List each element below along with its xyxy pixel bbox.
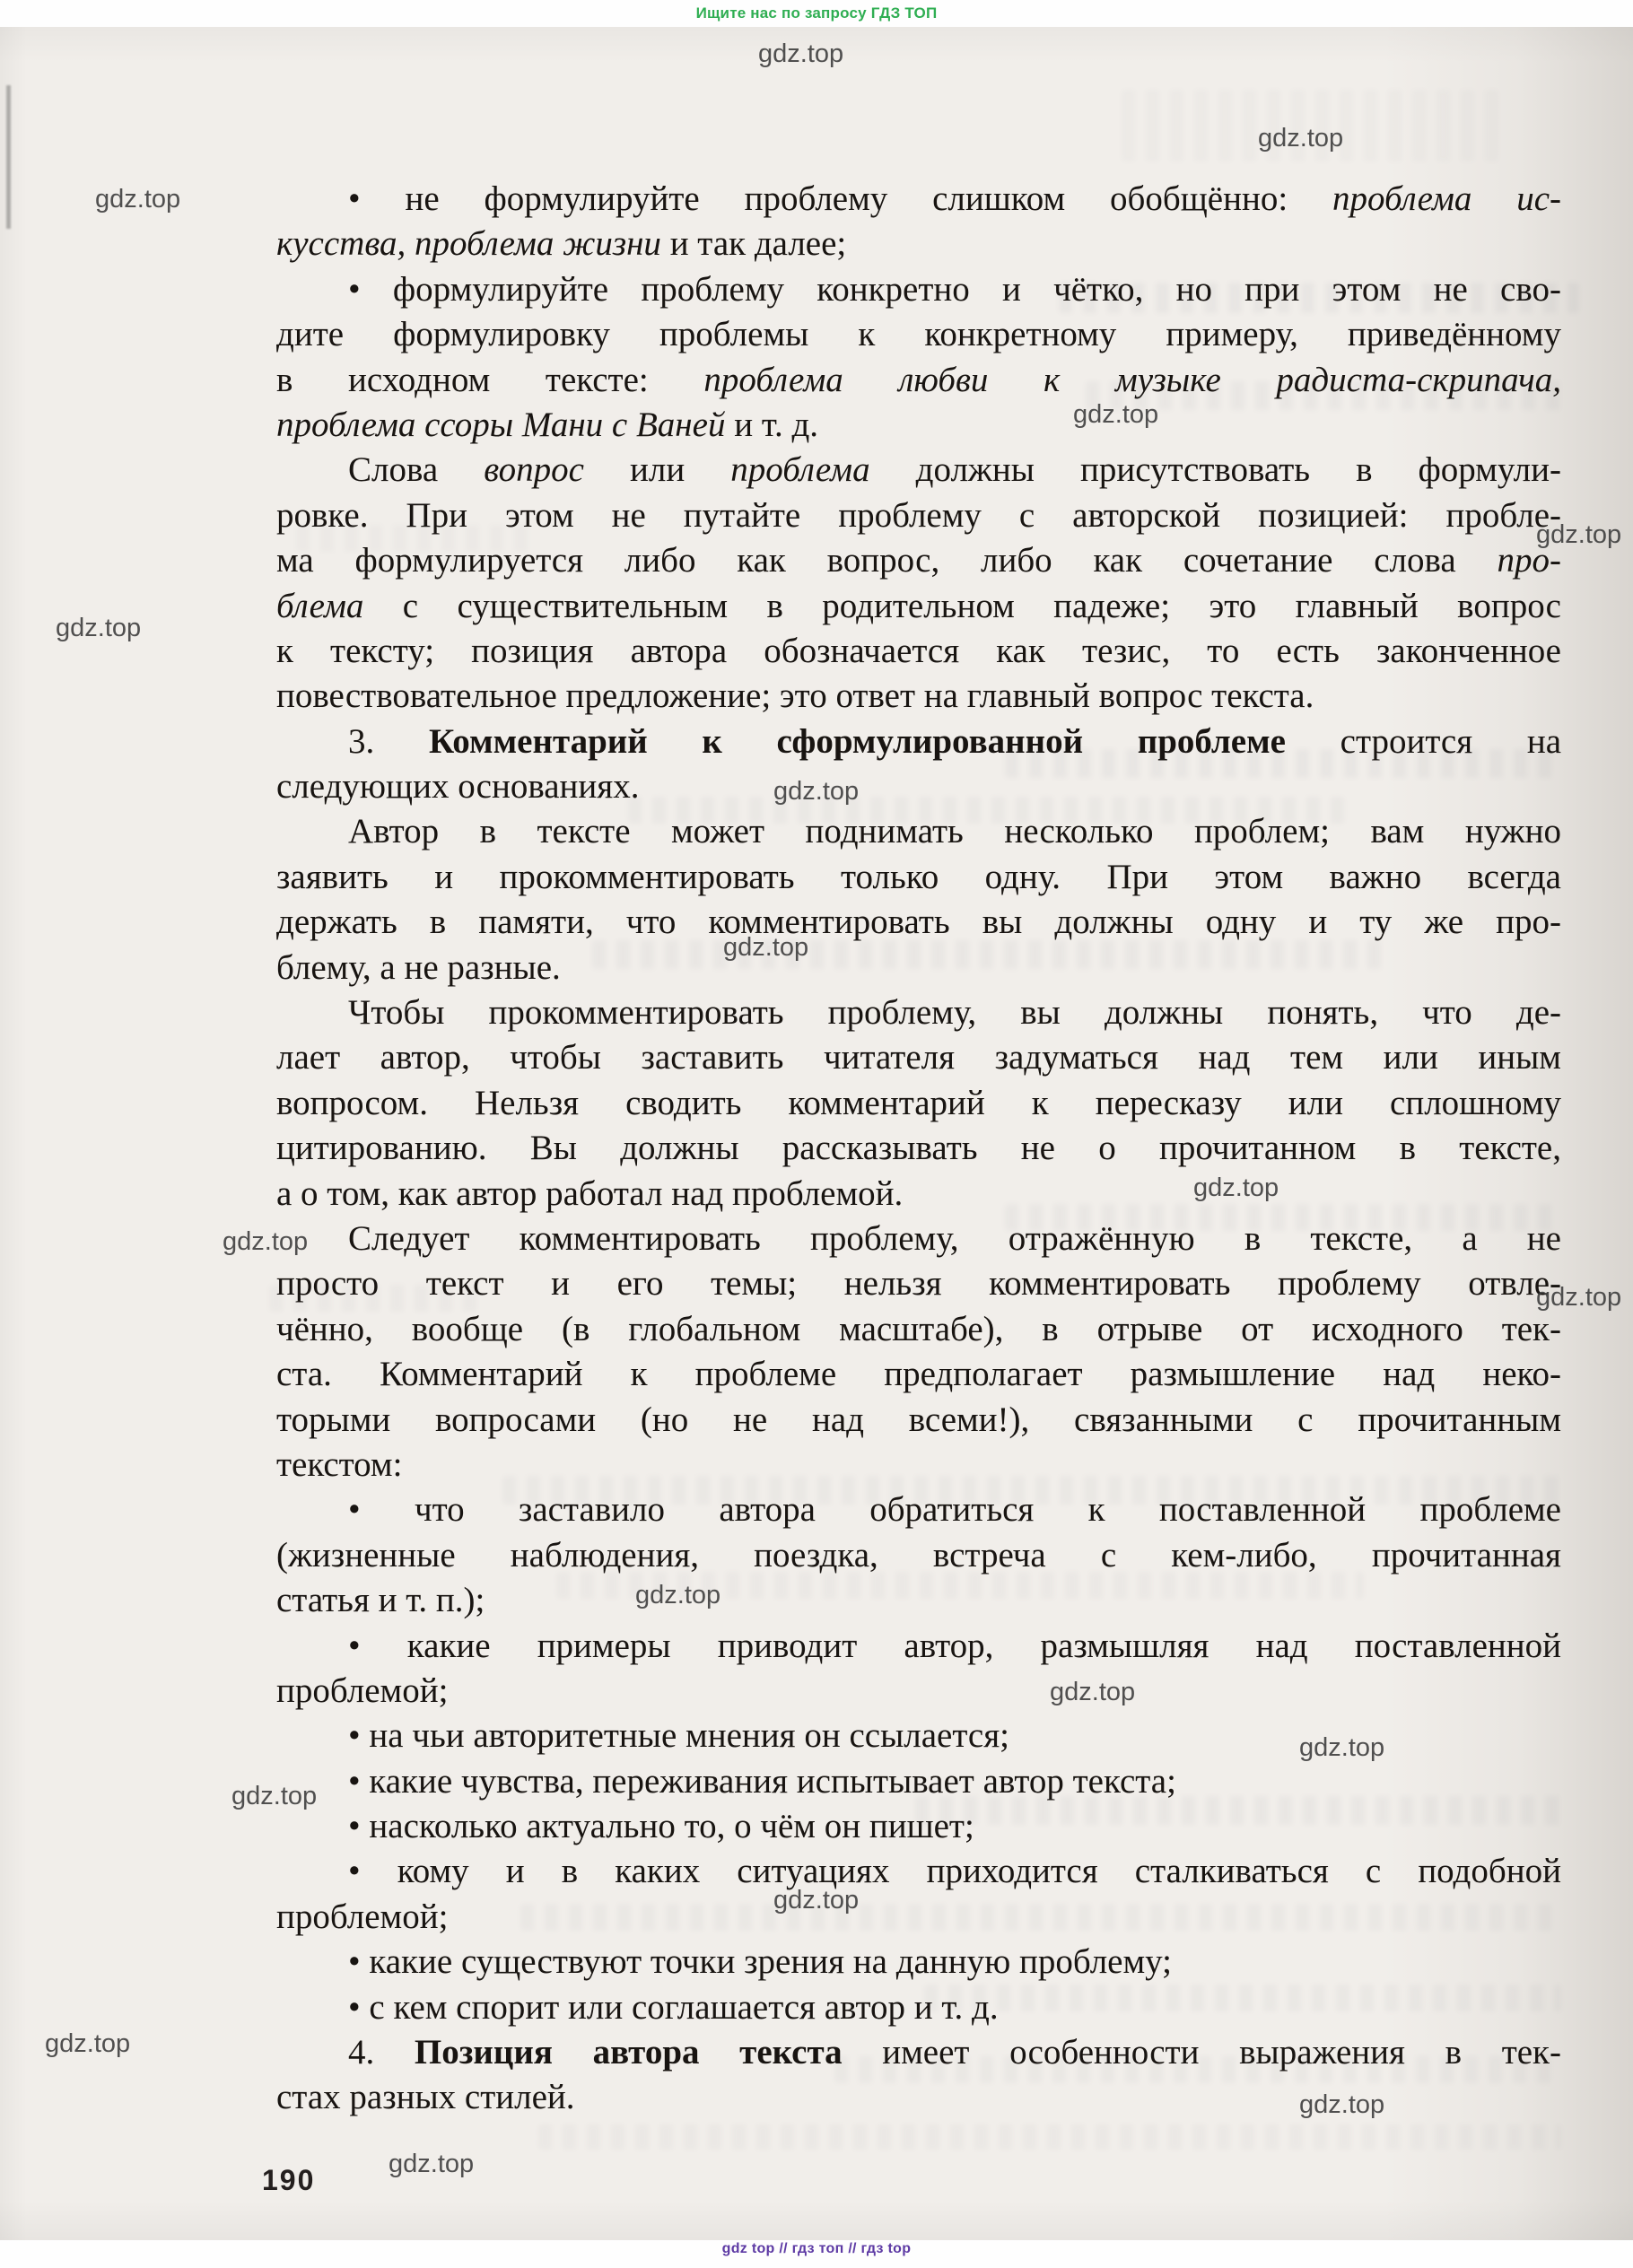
text-run: с существительным в родительном падеже; … [363,587,1561,625]
text-line: лает автор, чтобы заставить читателя зад… [276,1035,1561,1080]
text-line: статья и т. п.); [276,1578,1561,1623]
text-line: текстом: [276,1443,1561,1487]
gdz-watermark: gdz.top [223,1227,308,1257]
text-run: текстом: [276,1445,402,1484]
text-run: и так далее; [661,224,846,263]
scan-ghosting [538,2124,1561,2150]
text-run: • какие примеры приводит автор, размышля… [348,1627,1561,1665]
text-line: Чтобы прокомментировать проблему, вы дол… [276,990,1561,1035]
gdz-watermark: gdz.top [758,39,843,69]
text-line: Следует комментировать проблему, отражён… [276,1217,1561,1261]
text-line: к тексту; позиция автора обозначается ка… [276,629,1561,674]
text-line: а о том, как автор работал над проблемой… [276,1172,1561,1217]
text-run: повествовательное предложение; это ответ… [276,676,1314,715]
gdz-watermark: gdz.top [1536,520,1621,550]
text-line: повествовательное предложение; это ответ… [276,674,1561,719]
promo-banner-bottom: gdz top // гдз топ // гдз top [0,2241,1633,2257]
text-run: имеет особенности выражения в тек- [843,2033,1561,2072]
text-run: проблемой; [276,1897,448,1936]
gdz-watermark: gdz.top [635,1581,720,1610]
text-run: Чтобы прокомментировать проблему, вы дол… [348,993,1561,1032]
text-run: ста. Комментарий к проблеме предполагает… [276,1355,1561,1393]
text-line: блема с существительным в родительном па… [276,584,1561,629]
text-run: а о том, как автор работал над проблемой… [276,1174,903,1213]
text-run: дите формулировку проблемы к конкретному… [276,315,1561,353]
text-line: ста. Комментарий к проблеме предполагает… [276,1352,1561,1397]
text-line: дите формулировку проблемы к конкретному… [276,312,1561,357]
text-line: ровке. При этом не путайте проблему с ав… [276,493,1561,538]
gdz-watermark: gdz.top [1050,1678,1135,1707]
text-run: проблема ссоры Мани с Ваней [276,406,725,444]
gdz-watermark: gdz.top [231,1782,317,1811]
text-line: • какие существуют точки зрения на данну… [276,1940,1561,1984]
text-line: чённо, вообще (в глобальном масштабе), в… [276,1307,1561,1352]
text-line: • кому и в каких ситуациях приходится ст… [276,1849,1561,1894]
text-line: Автор в тексте может поднимать несколько… [276,809,1561,854]
text-run: • не формулируйте проблему слишком обобщ… [348,179,1332,218]
text-line: • какие примеры приводит автор, размышля… [276,1624,1561,1669]
promo-banner-top: Ищите нас по запросу ГДЗ ТОП [0,4,1633,22]
text-run: строится на [1286,722,1561,761]
text-line: в исходном тексте: проблема любви к музы… [276,358,1561,403]
text-run: к тексту; позиция автора обозначается ка… [276,632,1561,670]
text-run: стах разных стилей. [276,2078,575,2116]
text-run: ровке. При этом не путайте проблему с ав… [276,496,1561,535]
gdz-watermark: gdz.top [1193,1173,1279,1203]
text-run: блема [276,587,363,625]
text-line: вопросом. Нельзя сводить комментарий к п… [276,1081,1561,1126]
gdz-watermark: gdz.top [1299,2090,1384,2120]
text-run: кусства, проблема жизни [276,224,661,263]
text-line: 3. Комментарий к сформулированной пробле… [276,720,1561,764]
text-run: ма формулируется либо как вопрос, либо к… [276,541,1498,580]
text-run: просто текст и его темы; нельзя комменти… [276,1264,1561,1303]
text-line: заявить и прокомментировать только одну.… [276,855,1561,900]
gdz-watermark: gdz.top [389,2150,474,2179]
text-run: (жизненные наблюдения, поездка, встреча … [276,1536,1561,1575]
text-run: проблема [730,450,869,489]
text-run: статья и т. п.); [276,1581,485,1619]
text-line: следующих основаниях. [276,764,1561,809]
text-line: кусства, проблема жизни и так далее; [276,222,1561,266]
text-run: 3. [348,722,429,761]
text-line: • какие чувства, переживания испытывает … [276,1759,1561,1804]
text-line: 4. Позиция автора текста имеет особеннос… [276,2030,1561,2075]
text-run: лает автор, чтобы заставить читателя зад… [276,1038,1561,1077]
gdz-watermark: gdz.top [773,1886,859,1915]
text-line: просто текст и его темы; нельзя комменти… [276,1261,1561,1306]
text-run: • с кем спорит или соглашается автор и т… [348,1988,999,2027]
text-line: держать в памяти, что комментировать вы … [276,900,1561,945]
text-run: Автор в тексте может поднимать несколько… [348,812,1561,850]
text-run: • формулируйте проблему конкретно и чётк… [348,270,1561,309]
text-run: • что заставило автора обратиться к пост… [348,1490,1561,1529]
text-line: • не формулируйте проблему слишком обобщ… [276,177,1561,222]
gdz-watermark: gdz.top [95,185,180,214]
text-run: Слова [348,450,484,489]
scan-edge-artifact [6,85,11,229]
text-run: проблема ис- [1332,179,1561,218]
gdz-watermark: gdz.top [1073,400,1158,430]
text-run: проблема любви к музыке радиста-скрипача… [703,361,1561,399]
gdz-watermark: gdz.top [723,933,808,963]
text-run: • какие существуют точки зрения на данну… [348,1942,1172,1981]
text-run: Позиция автора текста [415,2033,843,2072]
text-run: проблемой; [276,1671,448,1710]
text-run: 4. [348,2033,415,2072]
text-run: или [584,450,730,489]
text-line: проблемой; [276,1669,1561,1714]
text-line: • с кем спорит или соглашается автор и т… [276,1985,1561,2030]
text-run: заявить и прокомментировать только одну.… [276,858,1561,896]
gdz-watermark: gdz.top [773,777,859,807]
text-line: цитированию. Вы должны рассказывать не о… [276,1126,1561,1171]
text-line: • формулируйте проблему конкретно и чётк… [276,267,1561,312]
text-run: Комментарий к сформулированной проблеме [429,722,1286,761]
scanned-book-page-screenshot: { "page": { "promo_top": "Ищите нас по з… [0,0,1633,2268]
text-line: проблема ссоры Мани с Ваней и т. д. [276,403,1561,448]
text-run: Следует комментировать проблему, отражён… [348,1219,1561,1258]
body-text: • не формулируйте проблему слишком обобщ… [276,177,1561,2121]
text-run: блему, а не разные. [276,948,561,987]
gdz-watermark: gdz.top [45,2029,130,2059]
text-line: (жизненные наблюдения, поездка, встреча … [276,1533,1561,1578]
text-run: следующих основаниях. [276,767,640,806]
text-line: • что заставило автора обратиться к пост… [276,1487,1561,1532]
text-run: • какие чувства, переживания испытывает … [348,1762,1176,1801]
text-run: вопросом. Нельзя сводить комментарий к п… [276,1084,1561,1122]
page-number: 190 [262,2164,315,2197]
gdz-watermark: gdz.top [1258,124,1343,153]
text-line: блему, а не разные. [276,946,1561,990]
text-line: Слова вопрос или проблема должны присутс… [276,448,1561,493]
text-run: цитированию. Вы должны рассказывать не о… [276,1129,1561,1167]
gdz-watermark: gdz.top [1536,1283,1621,1313]
gdz-watermark: gdz.top [56,614,141,643]
text-run: и т. д. [725,406,818,444]
text-run: торыми вопросами (но не над всеми!), свя… [276,1400,1561,1439]
text-run: вопрос [484,450,584,489]
text-run: держать в памяти, что комментировать вы … [276,903,1561,941]
text-line: ма формулируется либо как вопрос, либо к… [276,538,1561,583]
text-line: торыми вопросами (но не над всеми!), свя… [276,1398,1561,1443]
text-line: • насколько актуально то, о чём он пишет… [276,1804,1561,1849]
gdz-watermark: gdz.top [1299,1733,1384,1763]
text-line: проблемой; [276,1895,1561,1940]
text-run: чённо, вообще (в глобальном масштабе), в… [276,1310,1561,1348]
text-run: • на чьи авторитетные мнения он ссылаетс… [348,1716,1009,1755]
text-run: в исходном тексте: [276,361,703,399]
text-run: • кому и в каких ситуациях приходится ст… [348,1852,1561,1890]
text-run: должны присутствовать в формули- [870,450,1561,489]
text-run: • насколько актуально то, о чём он пишет… [348,1807,974,1845]
